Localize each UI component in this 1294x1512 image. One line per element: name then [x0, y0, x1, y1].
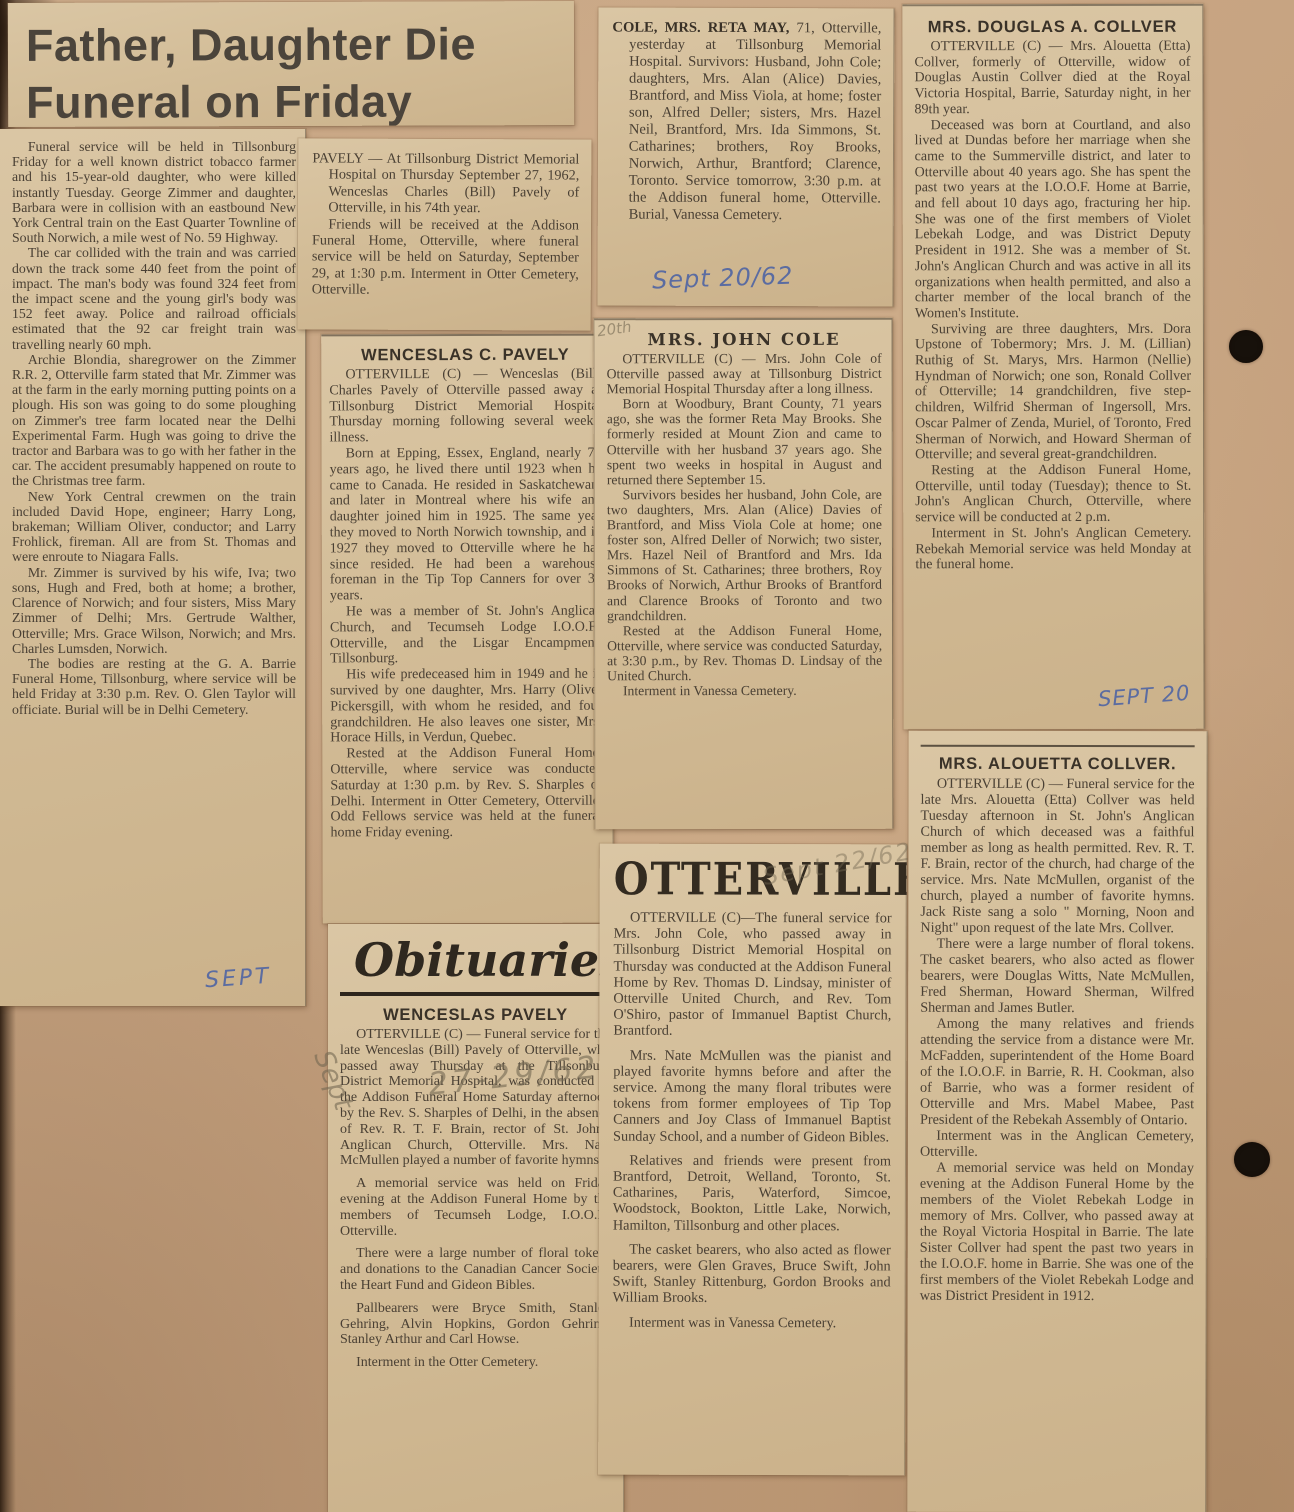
paragraph: Born at Woodbury, Brant County, 71 years…	[607, 396, 882, 487]
paragraph: Funeral service will be held in Tillsonb…	[12, 139, 296, 245]
clipping-headline-inner: Father, Daughter Die Funeral on Friday	[8, 1, 574, 127]
paragraph: There were a large number of floral toke…	[340, 1246, 611, 1293]
handwritten-date-zimmer: SEPT	[204, 964, 272, 994]
paragraph: Surviving are three daughters, Mrs. Dora…	[915, 321, 1191, 463]
clipping-zimmer-inner: Funeral service will be held in Tillsonb…	[0, 129, 306, 1006]
clipping-otterville-inner: OTTERVILLE OTTERVILLE (C)—The funeral se…	[598, 844, 907, 1476]
paragraph: Relatives and friends were present from …	[613, 1152, 891, 1234]
paragraph: The casket bearers, who also acted as fl…	[613, 1241, 891, 1307]
clipping-zimmer-article: Funeral service will be held in Tillsonb…	[0, 129, 306, 1006]
obituary-title: MRS. DOUGLAS A. COLLVER	[914, 18, 1190, 37]
clipping-collver-funeral: MRS. ALOUETTA COLLVER. OTTERVILLE (C) — …	[907, 731, 1207, 1512]
paragraph: OTTERVILLE (C) — Funeral service for the…	[920, 776, 1194, 936]
paragraph: A memorial service was held on Monday ev…	[920, 1160, 1194, 1304]
paragraph: Interment in the Otter Cemetery.	[340, 1355, 611, 1371]
obituary-title: MRS. JOHN COLE	[607, 330, 882, 349]
paragraph: Pallbearers were Bryce Smith, Stanley Ge…	[340, 1301, 611, 1348]
paragraph: He was a member of St. John's Anglican C…	[330, 604, 602, 668]
paragraph: Resting at the Addison Funeral Home, Ott…	[915, 463, 1191, 526]
paragraph: Among the many relatives and friends att…	[920, 1016, 1194, 1128]
paragraph: Interment was in Vanessa Cemetery.	[613, 1314, 891, 1331]
obituaries-section-header: Obituaries	[340, 932, 611, 988]
paragraph: PAVELY — At Tillsonburg District Memoria…	[312, 150, 579, 217]
paragraph: Deceased was born at Courtland, and also…	[915, 117, 1191, 322]
paragraph: Mr. Zimmer is survived by his wife, Iva;…	[12, 565, 296, 656]
paragraph: A memorial service was held on Friday ev…	[340, 1176, 611, 1239]
hole-punch-top	[1229, 330, 1263, 363]
clipping-cole-notice: COLE, MRS. RETA MAY, 71, Otterville, yes…	[597, 7, 894, 306]
clipping-obituaries-inner: Obituaries WENCESLAS PAVELY OTTERVILLE (…	[328, 924, 624, 1512]
clipping-headline: Father, Daughter Die Funeral on Friday	[8, 1, 574, 127]
clipping-collver-funeral-inner: MRS. ALOUETTA COLLVER. OTTERVILLE (C) — …	[907, 731, 1207, 1512]
paragraph: New York Central crewmen on the train in…	[12, 489, 296, 565]
headline-line1: Father, Daughter Die	[26, 15, 574, 74]
clipping-otterville-article: OTTERVILLE OTTERVILLE (C)—The funeral se…	[598, 844, 907, 1476]
paragraph: Interment in St. John's Anglican Cemeter…	[915, 526, 1191, 574]
paragraph: His wife predeceased him in 1949 and he …	[330, 667, 602, 747]
clipping-cole-notice-inner: COLE, MRS. RETA MAY, 71, Otterville, yes…	[597, 7, 894, 306]
clipping-obituaries-section: Obituaries WENCESLAS PAVELY OTTERVILLE (…	[328, 924, 624, 1512]
paragraph: OTTERVILLE (C) — Mrs. Alouetta (Etta) Co…	[914, 39, 1190, 118]
paragraph: OTTERVILLE (C)—The funeral service for M…	[613, 910, 891, 1040]
paragraph: Rested at the Addison Funeral Home, Otte…	[330, 746, 602, 841]
paragraph: The car collided with the train and was …	[12, 245, 296, 351]
clipping-collver-obituary-inner: MRS. DOUGLAS A. COLLVER OTTERVILLE (C) —…	[902, 4, 1204, 730]
paragraph: There were a large number of floral toke…	[920, 936, 1194, 1016]
paragraph: OTTERVILLE (C) — Wenceslas (Bill) Charle…	[329, 367, 601, 447]
paragraph: Born at Epping, Essex, England, nearly 7…	[330, 446, 602, 605]
paragraph: The bodies are resting at the G. A. Barr…	[12, 656, 296, 717]
paragraph: Interment was in the Anglican Cemetery, …	[920, 1128, 1194, 1160]
headline-line2: Funeral on Friday	[26, 72, 574, 127]
obituary-title: MRS. ALOUETTA COLLVER.	[921, 745, 1195, 774]
paragraph: OTTERVILLE (C) — Mrs. John Cole of Otter…	[607, 351, 882, 397]
obituary-title: WENCESLAS C. PAVELY	[329, 346, 601, 366]
obituary-title: WENCESLAS PAVELY	[340, 1006, 611, 1025]
section-rule	[340, 992, 611, 996]
hole-punch-bottom	[1234, 1142, 1270, 1177]
paragraph: Friends will be received at the Addison …	[312, 216, 579, 299]
clipping-collver-obituary: MRS. DOUGLAS A. COLLVER OTTERVILLE (C) —…	[902, 4, 1204, 730]
paragraph: Mrs. Nate McMullen was the pianist and p…	[613, 1047, 891, 1145]
paragraph: Archie Blondia, sharegrower on the Zimme…	[12, 352, 296, 489]
paragraph: Rested at the Addison Funeral Home, Otte…	[607, 622, 882, 683]
notice-name-lead: COLE, MRS. RETA MAY,	[612, 20, 796, 37]
notice-body: 71, Otterville, yesterday at Tillsonburg…	[629, 20, 882, 223]
paragraph: COLE, MRS. RETA MAY, 71, Otterville, yes…	[612, 20, 882, 225]
paragraph: Interment in Vanessa Cemetery.	[607, 683, 882, 699]
clipping-cole-obituary-inner: MRS. JOHN COLE OTTERVILLE (C) — Mrs. Joh…	[594, 318, 894, 830]
paragraph: Survivors besides her husband, John Cole…	[607, 487, 882, 623]
clipping-cole-obituary: MRS. JOHN COLE OTTERVILLE (C) — Mrs. Joh…	[594, 318, 894, 830]
clipping-pavely-notice-inner: PAVELY — At Tillsonburg District Memoria…	[298, 138, 592, 330]
clipping-pavely-notice: PAVELY — At Tillsonburg District Memoria…	[298, 138, 592, 330]
clipping-pavely-obituary: WENCESLAS C. PAVELY OTTERVILLE (C) — Wen…	[321, 334, 614, 924]
clipping-pavely-obituary-inner: WENCESLAS C. PAVELY OTTERVILLE (C) — Wen…	[321, 334, 614, 924]
handwritten-date-cole-notice: Sept 20/62	[652, 262, 794, 295]
